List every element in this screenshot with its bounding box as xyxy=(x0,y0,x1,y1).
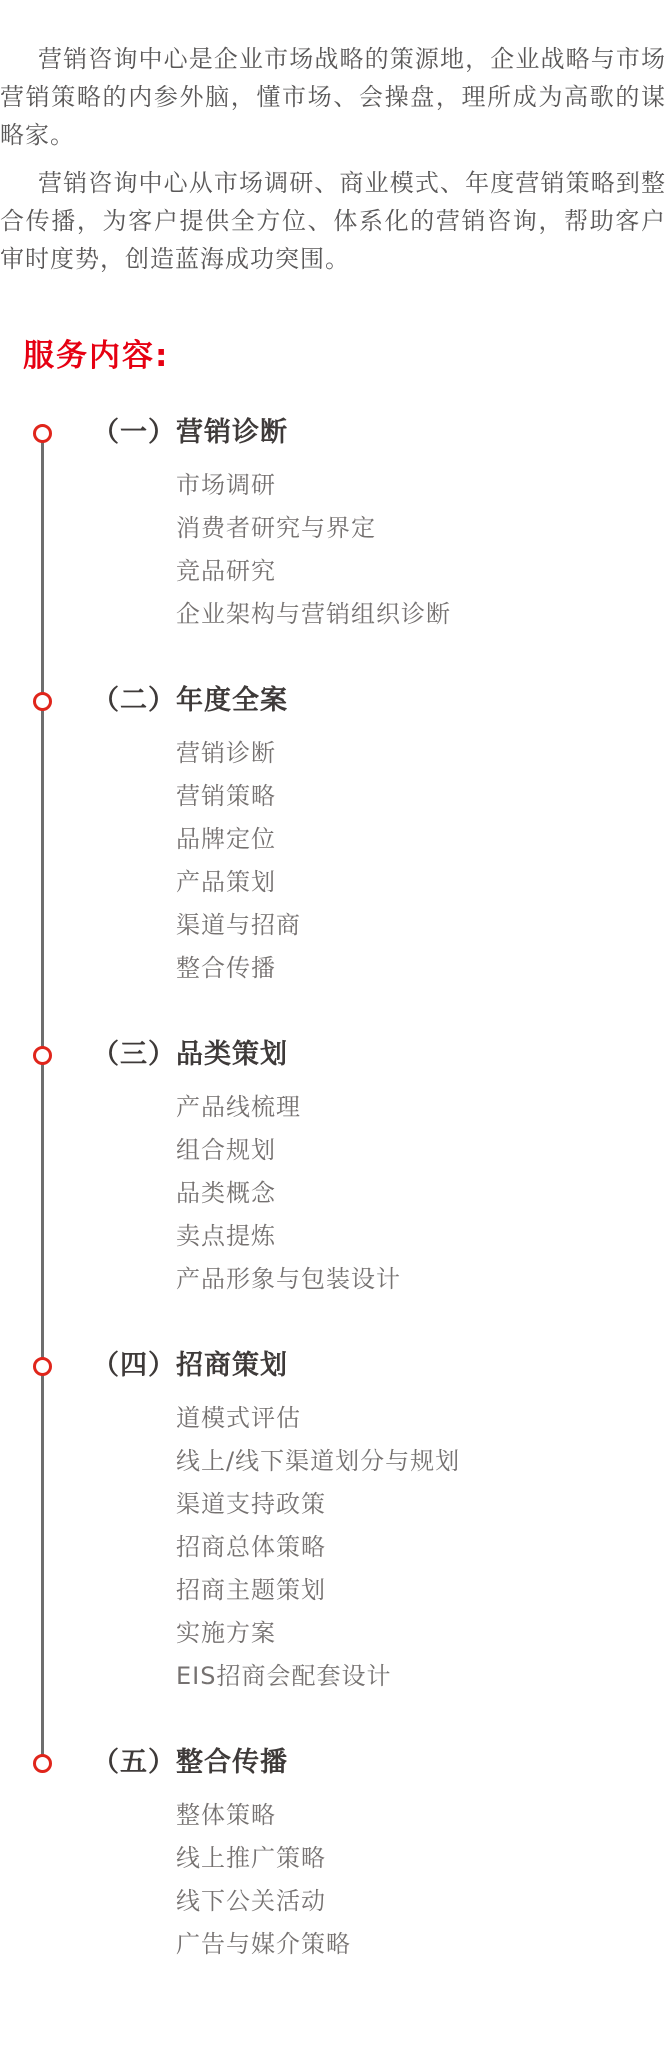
intro-paragraph: 营销咨询中心是企业市场战略的策源地，企业战略与市场营销策略的内参外脑，懂市场、会… xyxy=(0,40,666,154)
timeline-item: 竞品研究 xyxy=(176,550,668,593)
timeline-item: 组合规划 xyxy=(176,1129,668,1172)
timeline-node-icon xyxy=(33,1046,52,1065)
timeline-item-list: 营销诊断营销策略品牌定位产品策划渠道与招商整合传播 xyxy=(92,732,668,990)
timeline-item: 渠道支持政策 xyxy=(176,1483,668,1526)
timeline-item: 整合传播 xyxy=(176,947,668,990)
timeline-section-title: （三）品类策划 xyxy=(92,1038,668,1072)
timeline-section: （五）整合传播 整体策略线上推广策略线下公关活动广告与媒介策略 xyxy=(0,1746,668,2014)
timeline-item: 企业架构与营销组织诊断 xyxy=(176,593,668,636)
timeline-section: （二）年度全案 营销诊断营销策略品牌定位产品策划渠道与招商整合传播 xyxy=(0,684,668,1038)
timeline-item: 招商总体策略 xyxy=(176,1526,668,1569)
timeline-section: （三）品类策划 产品线梳理组合规划品类概念卖点提炼产品形象与包装设计 xyxy=(0,1038,668,1349)
timeline-node-icon xyxy=(33,1754,52,1773)
timeline-item: 线上/线下渠道划分与规划 xyxy=(176,1440,668,1483)
timeline-item: 线上推广策略 xyxy=(176,1837,668,1880)
timeline-item: 营销策略 xyxy=(176,775,668,818)
services-heading: 服务内容: xyxy=(23,336,668,376)
timeline-node-icon xyxy=(33,1357,52,1376)
timeline-item-list: 产品线梳理组合规划品类概念卖点提炼产品形象与包装设计 xyxy=(92,1086,668,1301)
timeline-item: EIS招商会配套设计 xyxy=(176,1655,668,1698)
intro-block: 营销咨询中心是企业市场战略的策源地，企业战略与市场营销策略的内参外脑，懂市场、会… xyxy=(0,0,668,278)
timeline-item: 营销诊断 xyxy=(176,732,668,775)
timeline-item: 实施方案 xyxy=(176,1612,668,1655)
timeline-section: （一）营销诊断 市场调研消费者研究与界定竞品研究企业架构与营销组织诊断 xyxy=(0,416,668,684)
timeline-item-list: 道模式评估线上/线下渠道划分与规划渠道支持政策招商总体策略招商主题策划实施方案E… xyxy=(92,1397,668,1698)
timeline-section-title: （二）年度全案 xyxy=(92,684,668,718)
services-timeline: （一）营销诊断 市场调研消费者研究与界定竞品研究企业架构与营销组织诊断 （二）年… xyxy=(0,416,668,2014)
timeline-section-title: （五）整合传播 xyxy=(92,1746,668,1780)
timeline-item: 道模式评估 xyxy=(176,1397,668,1440)
timeline-item-list: 市场调研消费者研究与界定竞品研究企业架构与营销组织诊断 xyxy=(92,464,668,636)
timeline-item: 广告与媒介策略 xyxy=(176,1923,668,1966)
timeline-item-list: 整体策略线上推广策略线下公关活动广告与媒介策略 xyxy=(92,1794,668,1966)
timeline-section-title: （四）招商策划 xyxy=(92,1349,668,1383)
timeline-item: 品类概念 xyxy=(176,1172,668,1215)
timeline-item: 品牌定位 xyxy=(176,818,668,861)
timeline-item: 渠道与招商 xyxy=(176,904,668,947)
timeline-item: 市场调研 xyxy=(176,464,668,507)
timeline-item: 消费者研究与界定 xyxy=(176,507,668,550)
timeline-item: 产品线梳理 xyxy=(176,1086,668,1129)
timeline-node-icon xyxy=(33,424,52,443)
services-page: 营销咨询中心是企业市场战略的策源地，企业战略与市场营销策略的内参外脑，懂市场、会… xyxy=(0,0,668,2049)
timeline-item: 产品形象与包装设计 xyxy=(176,1258,668,1301)
timeline-item: 整体策略 xyxy=(176,1794,668,1837)
timeline-node-icon xyxy=(33,692,52,711)
timeline-section: （四）招商策划 道模式评估线上/线下渠道划分与规划渠道支持政策招商总体策略招商主… xyxy=(0,1349,668,1746)
timeline-item: 线下公关活动 xyxy=(176,1880,668,1923)
timeline-section-title: （一）营销诊断 xyxy=(92,416,668,450)
timeline-item: 招商主题策划 xyxy=(176,1569,668,1612)
timeline-item: 产品策划 xyxy=(176,861,668,904)
timeline-item: 卖点提炼 xyxy=(176,1215,668,1258)
intro-paragraph: 营销咨询中心从市场调研、商业模式、年度营销策略到整合传播，为客户提供全方位、体系… xyxy=(0,164,666,278)
